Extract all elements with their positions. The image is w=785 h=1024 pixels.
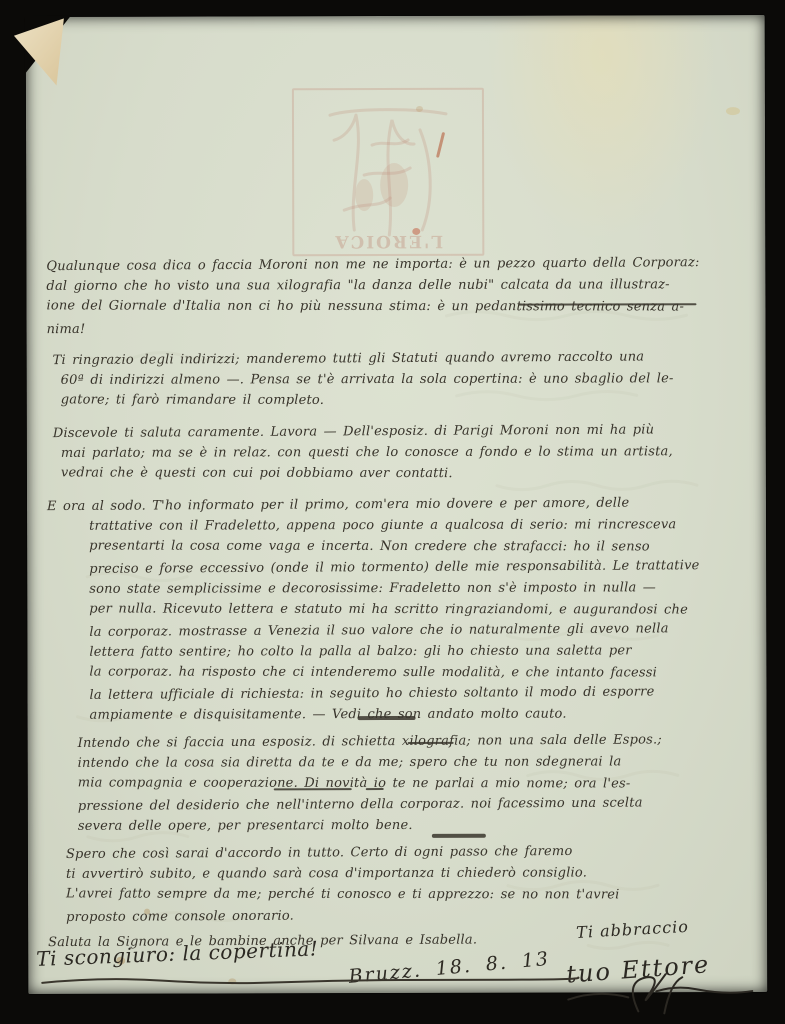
eroica-watermark-stamp: L'EROICA [292, 88, 484, 257]
watermark-ornament [294, 90, 482, 250]
paragraph: E ora al sodo. T'ho informato per il pri… [47, 493, 754, 726]
handwritten-line: ampiamente e disquisitamente. — Vedi che… [48, 703, 754, 726]
handwritten-line: la corporaz. ha risposto che ci intender… [47, 661, 753, 683]
handwritten-line: severa delle opere, per presentarci molt… [48, 814, 754, 837]
paragraph: Discevole ti saluta caramente. Lavora — … [47, 420, 753, 485]
paragraph: Ti ringrazio degli indirizzi; manderemo … [47, 347, 753, 412]
fox-spot [726, 107, 740, 115]
letter-sheet: L'EROICA Qualunque cosa dica o faccia Mo… [26, 15, 768, 994]
handwritten-line: ione del Giornale d'Italia non ci ho più… [46, 295, 752, 317]
red-ink-dot [412, 228, 420, 235]
handwritten-line: Qualunque cosa dica o faccia Moroni non … [46, 252, 752, 277]
handwritten-line: sono state semplicissime e decorosissime… [47, 577, 753, 600]
handwritten-line: la corporaz. mostrasse a Venezia il suo … [47, 618, 753, 643]
handwritten-line: trattative con il Fradeletto, appena poc… [47, 514, 753, 537]
handwritten-line: lettera fatto sentire; ho colto la palla… [47, 640, 753, 663]
handwritten-line: 60ª di indirizzi almeno —. Pensa se t'è … [47, 368, 753, 391]
paragraph: Qualunque cosa dica o faccia Moroni non … [46, 253, 752, 339]
watermark-text: L'EROICA [294, 231, 482, 251]
handwritten-line: mai parlato; ma se è in relaz. con quest… [47, 441, 753, 464]
folded-corner [10, 18, 73, 90]
handwritten-line: Ti ringrazio degli indirizzi; manderemo … [47, 346, 753, 371]
handwritten-line: ti avvertirò subito, e quando sarà cosa … [48, 862, 754, 885]
handwritten-line: nima! [46, 315, 752, 340]
handwritten-line: mia compagnia e cooperazione. Di novità … [48, 772, 754, 794]
handwritten-line: E ora al sodo. T'ho informato per il pri… [47, 492, 753, 517]
letter-body: Qualunque cosa dica o faccia Moroni non … [46, 253, 754, 962]
handwritten-line: Discevole ti saluta caramente. Lavora — … [47, 419, 753, 444]
handwritten-line: L'avrei fatto sempre da me; perché ti co… [48, 883, 754, 905]
handwritten-line: la lettera ufficiale di richiesta: in se… [47, 681, 753, 706]
handwritten-line: Intendo che si faccia una esposiz. di sc… [48, 729, 754, 754]
handwritten-line: vedrai che è questi con cui poi dobbiamo… [47, 462, 753, 484]
handwritten-line: gatore; ti farò rimandare il completo. [47, 389, 753, 411]
postscript-underline [40, 974, 580, 989]
handwritten-line: presentarti la cosa come vaga e incerta.… [47, 535, 753, 557]
handwritten-line: dal giorno che ho visto una sua xilograf… [46, 274, 752, 297]
handwritten-line: per nulla. Ricevuto lettera e statuto mi… [47, 598, 753, 620]
handwritten-line: intendo che la cosa sia diretta da te e … [48, 751, 754, 774]
handwritten-line: Spero che così sarai d'accordo in tutto.… [48, 840, 754, 865]
handwritten-line: preciso e forse eccessivo (onde il mio t… [47, 555, 753, 580]
paragraph: Intendo che si faccia una esposiz. di sc… [48, 730, 754, 837]
handwritten-line: pressione del desiderio che nell'interno… [48, 792, 754, 817]
paragraph: Spero che così sarai d'accordo in tutto.… [48, 841, 754, 927]
signature-flourish [560, 973, 760, 1018]
